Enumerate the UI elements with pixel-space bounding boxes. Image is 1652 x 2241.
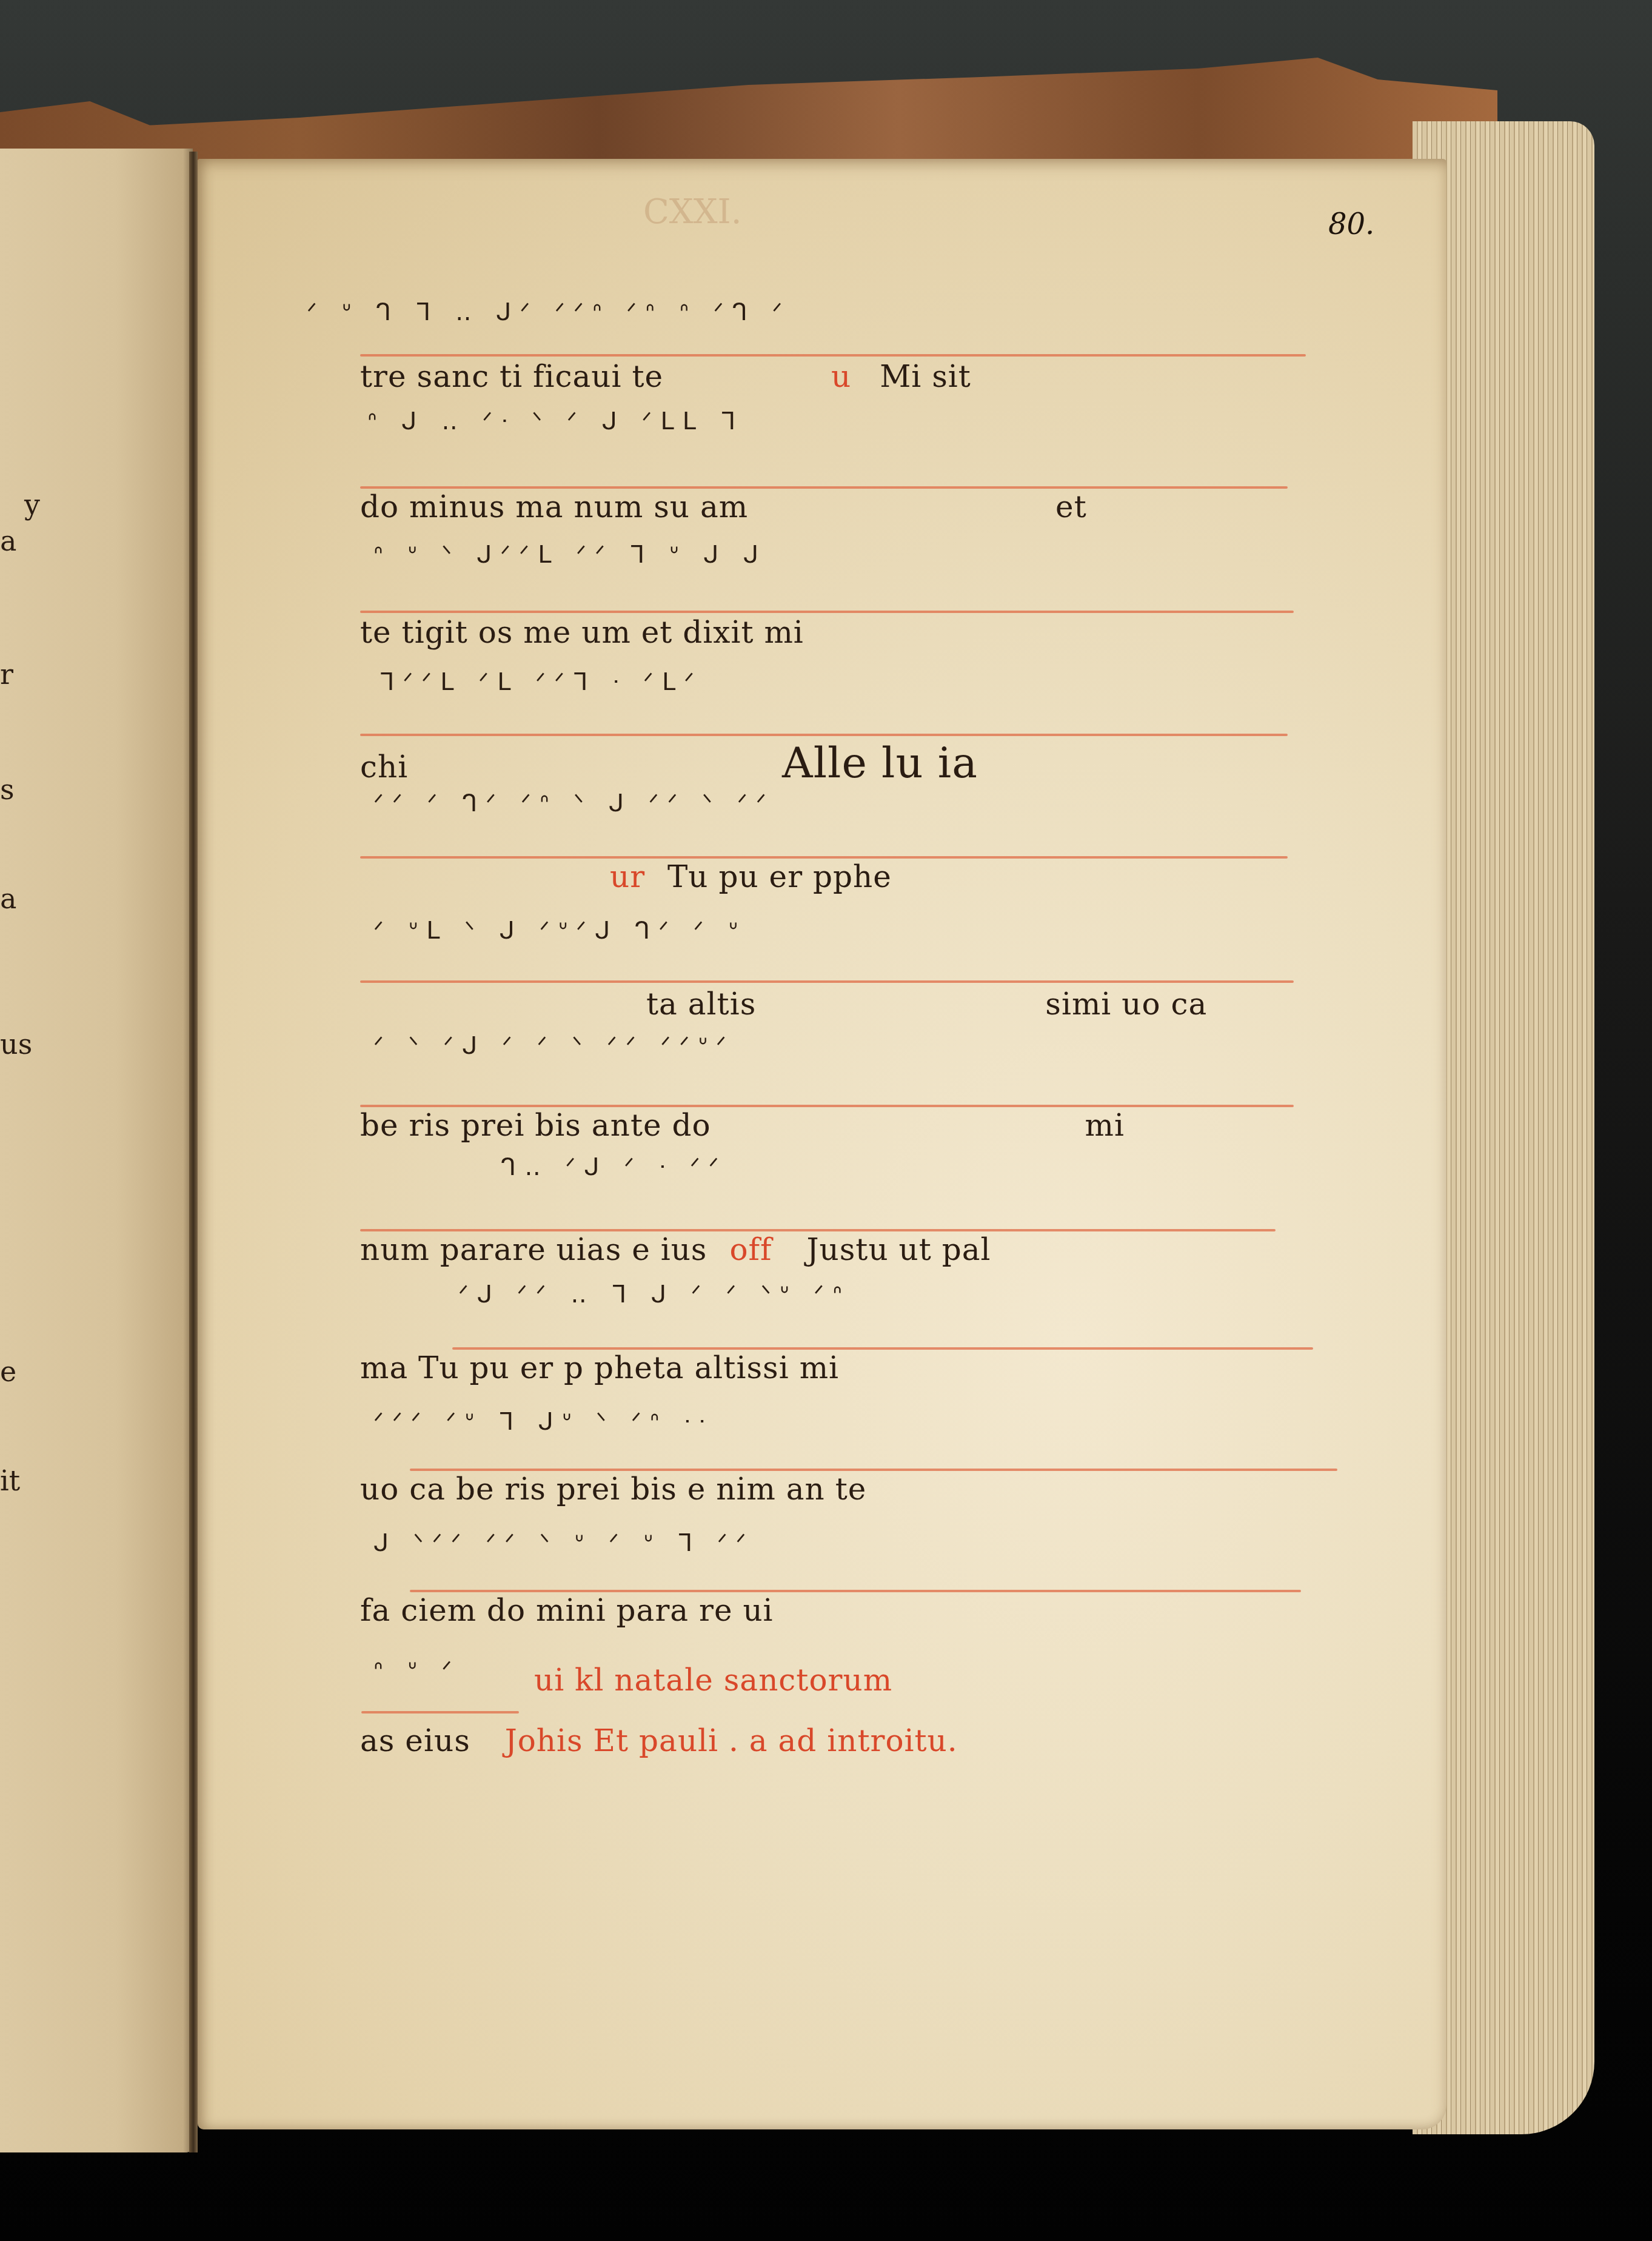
chant-line-8: num parare uias e ius off Justu ut pal (360, 1232, 991, 1267)
chant-line-13: as eius Johis Et pauli . a ad introitu. (360, 1723, 958, 1758)
chant-line-3: te tigit os me um et dixit mi (360, 615, 804, 650)
folio-number: 80. (1328, 207, 1374, 241)
chant-line-4: chi Alle lu ia (360, 738, 978, 788)
chant-line-2: do minus ma num su am et (360, 489, 1087, 524)
right-page: CXXI. 80. ᐟ ᐡ ᒉ ᒣ ‥ ᒍᐟ ᐟᐟᐢ ᐟᐢ ᐢ ᐟᒉ ᐟ ᐢ ᒍ… (198, 159, 1446, 2129)
rubric-line-12: ui kl natale sanctorum (534, 1663, 892, 1698)
chant-line-5: ur Tu pu er pphe (610, 859, 892, 894)
chant-line-9: ma Tu pu er p pheta altissi mi (360, 1350, 839, 1385)
chant-line-11: fa ciem do mini para re ui (360, 1593, 774, 1628)
left-fragment: e (0, 1355, 16, 1388)
left-fragment: a (0, 524, 16, 557)
chant-line-6: ta altis simi uo ca (646, 987, 1207, 1022)
chant-line-10: uo ca be ris prei bis e nim an te (360, 1472, 866, 1507)
left-fragment-rubric: a (0, 882, 16, 915)
left-fragment: it (0, 1464, 20, 1497)
book-binding-top (0, 58, 1497, 167)
left-fragment: r (0, 658, 13, 691)
left-page: y a r s a us e it (0, 149, 193, 2152)
rubric-initial: u (831, 359, 851, 394)
chant-line-7: be ris prei bis ante do mi (360, 1108, 1125, 1143)
left-fragment: y (24, 488, 40, 521)
roman-foliation: CXXI. (643, 192, 742, 232)
chant-line-1: tre sanc ti ficaui te u Mi sit (360, 359, 971, 394)
left-fragment: s (0, 773, 15, 806)
left-fragment: us (0, 1028, 32, 1060)
book-gutter (189, 152, 198, 2152)
